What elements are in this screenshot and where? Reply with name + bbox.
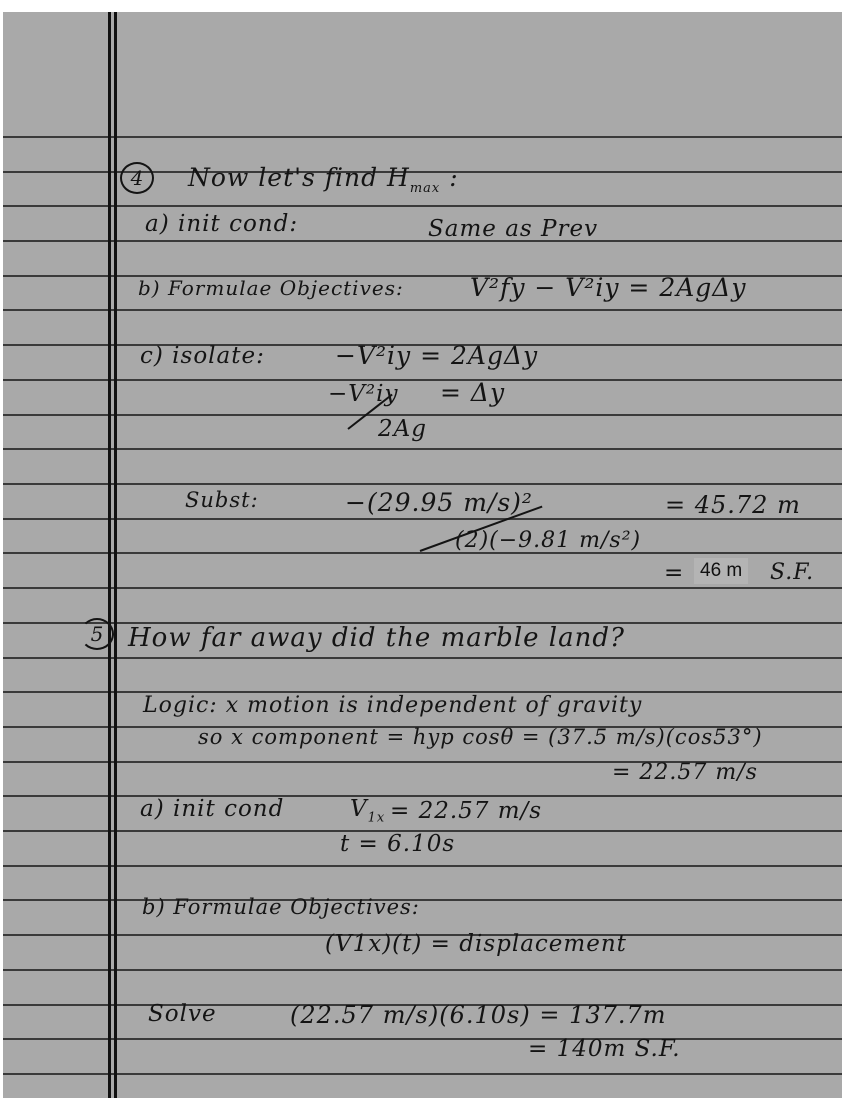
s4-subst-denominator: (2)(−9.81 m/s²): [455, 530, 641, 552]
s4-subst-numerator: −(29.95 m/s)²: [345, 490, 533, 515]
s4-isolate-line1: −V²iy = 2AgΔy: [335, 343, 538, 368]
s4-subst-result: = 45.72 m: [665, 493, 801, 517]
s5-formula-label: b) Formulae Objectives:: [142, 897, 420, 918]
section-4-number: 4: [120, 162, 154, 194]
ruled-line: [3, 448, 842, 450]
s5-logic-line2: so x component = hyp cosθ = (37.5 m/s)(c…: [198, 727, 763, 748]
s5-time: t = 6.10s: [340, 833, 455, 856]
ruled-line: [3, 136, 842, 138]
ruled-line: [3, 552, 842, 554]
s5-solve-expression: (22.57 m/s)(6.10s) = 137.7m: [290, 1003, 667, 1027]
s5-formula: (V1x)(t) = displacement: [325, 933, 627, 956]
ruled-line: [3, 379, 842, 381]
s5-solve-label: Solve: [148, 1003, 217, 1026]
ruled-line: [3, 969, 842, 971]
s4-formula-label: b) Formulae Objectives:: [138, 278, 404, 298]
s4-isolate-line3-den: 2Ag: [378, 418, 427, 441]
margin-line-left: [108, 12, 111, 1098]
s5-init-cond-label: a) init cond: [140, 798, 284, 821]
ruled-line: [3, 1073, 842, 1075]
s4-formula: V²fy − V²iy = 2AgΔy: [470, 275, 746, 300]
ruled-line: [3, 795, 842, 797]
s4-sf-value: 46 m: [694, 558, 748, 584]
s4-init-cond-label: a) init cond:: [145, 213, 298, 236]
s4-sf-label: S.F.: [770, 562, 814, 584]
s4-sf-equals: =: [664, 562, 684, 585]
section-5-heading: How far away did the marble land?: [128, 625, 625, 651]
ruled-line: [3, 865, 842, 867]
s5-logic-line1: Logic: x motion is independent of gravit…: [143, 695, 642, 717]
ruled-line: [3, 657, 842, 659]
s5-solve-sf: = 140m S.F.: [528, 1038, 681, 1061]
section-4-heading: Now let's find Hmax :: [188, 165, 459, 195]
s4-isolate-label: c) isolate:: [140, 345, 265, 368]
ruled-line: [3, 1038, 842, 1040]
s5-logic-line3: = 22.57 m/s: [612, 762, 758, 784]
s4-init-cond-value: Same as Prev: [428, 218, 598, 241]
s4-isolate-line2-num: −V²iy: [328, 383, 398, 406]
s5-vx-value: = 22.57 m/s: [390, 800, 542, 823]
section-5-number: 5: [80, 618, 114, 650]
ruled-line: [3, 240, 842, 242]
ruled-line: [3, 483, 842, 485]
s5-vx-label: V1x: [350, 798, 385, 825]
s4-isolate-line2-eq: = Δy: [440, 380, 505, 405]
s4-subst-label: Subst:: [185, 490, 259, 511]
ruled-line: [3, 309, 842, 311]
ruled-line: [3, 205, 842, 207]
ruled-line: [3, 587, 842, 589]
ruled-line: [3, 899, 842, 901]
margin-line-right: [114, 12, 117, 1098]
